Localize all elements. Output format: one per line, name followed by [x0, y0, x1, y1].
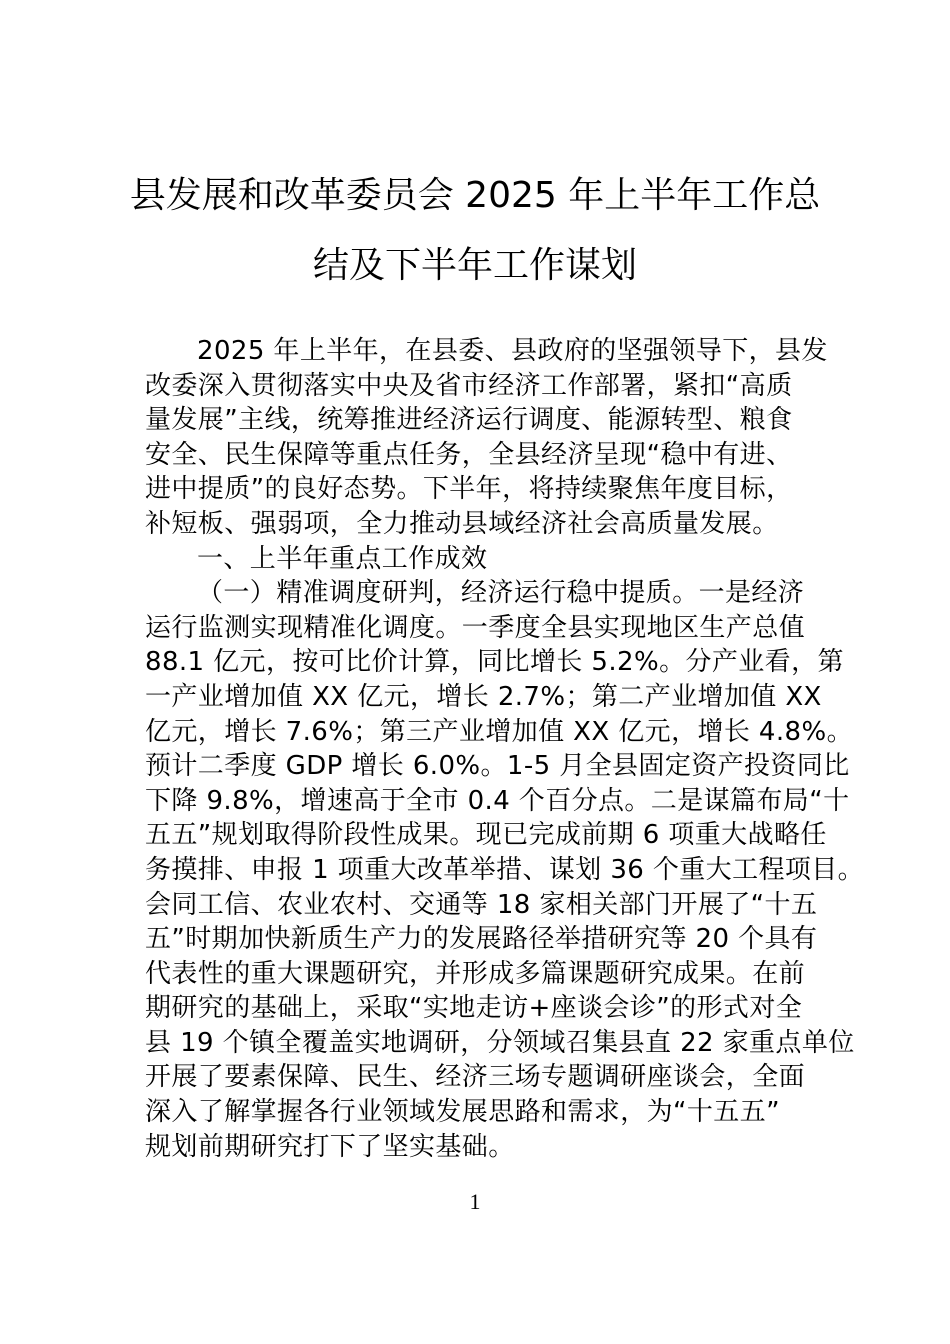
body-line: 预计二季度 GDP 增长 6.0%。1-5 月全县固定资产投资同比: [145, 749, 825, 784]
body-line: 县 19 个镇全覆盖实地调研，分领域召集县直 22 家重点单位: [145, 1026, 825, 1061]
body-line: 深入了解掌握各行业领域发展思路和需求，为“十五五”: [145, 1095, 825, 1130]
subsection-heading-line: （一）精准调度研判，经济运行稳中提质。一是经济: [145, 576, 825, 611]
body-line: 运行监测实现精准化调度。一季度全县实现地区生产总值: [145, 611, 825, 646]
document-body: 2025 年上半年，在县委、县政府的坚强领导下，县发 改委深入贯彻落实中央及省市…: [145, 334, 825, 1164]
body-line: 安全、民生保障等重点任务，全县经济呈现“稳中有进、: [145, 438, 825, 473]
document-title-line-2: 结及下半年工作谋划: [0, 246, 950, 286]
body-line: 量发展”主线，统筹推进经济运行调度、能源转型、粮食: [145, 403, 825, 438]
body-line: 会同工信、农业农村、交通等 18 家相关部门开展了“十五: [145, 888, 825, 923]
document-page: 县发展和改革委员会 2025 年上半年工作总 结及下半年工作谋划 2025 年上…: [0, 0, 950, 1344]
page-number: 1: [0, 1188, 950, 1216]
body-line: 务摸排、申报 1 项重大改革举措、谋划 36 个重大工程项目。: [145, 853, 825, 888]
body-line: 2025 年上半年，在县委、县政府的坚强领导下，县发: [145, 334, 825, 369]
body-line: 五”时期加快新质生产力的发展路径举措研究等 20 个具有: [145, 922, 825, 957]
body-line: 下降 9.8%，增速高于全市 0.4 个百分点。二是谋篇布局“十: [145, 784, 825, 819]
body-line: 88.1 亿元，按可比价计算，同比增长 5.2%。分产业看，第: [145, 645, 825, 680]
body-line: 改委深入贯彻落实中央及省市经济工作部署，紧扣“高质: [145, 369, 825, 404]
body-line: 五五”规划取得阶段性成果。现已完成前期 6 项重大战略任: [145, 818, 825, 853]
body-line: 补短板、强弱项，全力推动县域经济社会高质量发展。: [145, 507, 825, 542]
body-line: 开展了要素保障、民生、经济三场专题调研座谈会，全面: [145, 1060, 825, 1095]
body-line: 进中提质”的良好态势。下半年，将持续聚焦年度目标，: [145, 472, 825, 507]
body-line: 规划前期研究打下了坚实基础。: [145, 1130, 825, 1165]
body-line: 代表性的重大课题研究，并形成多篇课题研究成果。在前: [145, 957, 825, 992]
document-title-line-1: 县发展和改革委员会 2025 年上半年工作总: [0, 176, 950, 216]
section-heading: 一、上半年重点工作成效: [145, 542, 825, 577]
body-line: 亿元，增长 7.6%；第三产业增加值 XX 亿元，增长 4.8%。: [145, 715, 825, 750]
body-line: 一产业增加值 XX 亿元，增长 2.7%；第二产业增加值 XX: [145, 680, 825, 715]
body-line: 期研究的基础上，采取“实地走访+座谈会诊”的形式对全: [145, 991, 825, 1026]
